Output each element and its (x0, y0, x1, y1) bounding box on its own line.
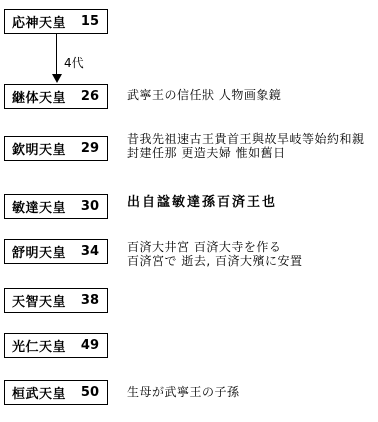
emperor-number: 30 (81, 199, 99, 214)
emperor-name: 継体天皇 (12, 87, 66, 106)
note-line: 百済大井宮 百済大寺を作る (127, 240, 302, 254)
emperor-number: 34 (81, 244, 99, 259)
emperor-note: 武寧王の信任狀 人物画象鏡 (127, 88, 281, 102)
emperor-number: 15 (81, 14, 99, 29)
note-line: 封建任那 更造夫婦 惟如舊日 (127, 146, 365, 160)
note-line: 昔我先祖速古王貴首王與故旱岐等始約和親 (127, 132, 365, 146)
emperor-name: 光仁天皇 (12, 336, 66, 355)
lineage-diagram: 応神天皇 15 4代 継体天皇 26 武寧王の信任狀 人物画象鏡 欽明天皇 29… (0, 0, 378, 422)
note-line: 百済宮で 逝去, 百済大殯に安置 (127, 254, 302, 268)
note-line: 出自諡敏達孫百済王也 (127, 196, 277, 210)
emperor-box-jomei: 舒明天皇 34 (4, 239, 108, 264)
emperor-number: 49 (81, 338, 99, 353)
emperor-note: 生母が武寧王の子孫 (127, 385, 240, 399)
emperor-number: 26 (81, 89, 99, 104)
descent-arrow-label: 4代 (64, 54, 84, 71)
emperor-box-konin: 光仁天皇 49 (4, 333, 108, 358)
emperor-number: 50 (81, 385, 99, 400)
note-line: 生母が武寧王の子孫 (127, 385, 240, 399)
emperor-note: 出自諡敏達孫百済王也 (127, 196, 277, 210)
emperor-name: 桓武天皇 (12, 383, 66, 402)
emperor-box-ojin: 応神天皇 15 (4, 9, 108, 34)
emperor-note: 昔我先祖速古王貴首王與故旱岐等始約和親 封建任那 更造夫婦 惟如舊日 (127, 132, 365, 160)
emperor-name: 舒明天皇 (12, 242, 66, 261)
emperor-note: 百済大井宮 百済大寺を作る 百済宮で 逝去, 百済大殯に安置 (127, 240, 302, 268)
emperor-name: 敏達天皇 (12, 197, 66, 216)
emperor-name: 欽明天皇 (12, 139, 66, 158)
emperor-box-bidatsu: 敏達天皇 30 (4, 194, 108, 219)
emperor-number: 29 (81, 141, 99, 156)
emperor-box-tenji: 天智天皇 38 (4, 288, 108, 313)
emperor-box-keitai: 継体天皇 26 (4, 84, 108, 109)
descent-arrow-line (56, 34, 57, 75)
note-line: 武寧王の信任狀 人物画象鏡 (127, 88, 281, 102)
descent-arrow-head-icon (52, 74, 62, 83)
emperor-number: 38 (81, 293, 99, 308)
emperor-box-kanmu: 桓武天皇 50 (4, 380, 108, 405)
emperor-name: 応神天皇 (12, 12, 66, 31)
emperor-box-kinmei: 欽明天皇 29 (4, 136, 108, 161)
emperor-name: 天智天皇 (12, 291, 66, 310)
